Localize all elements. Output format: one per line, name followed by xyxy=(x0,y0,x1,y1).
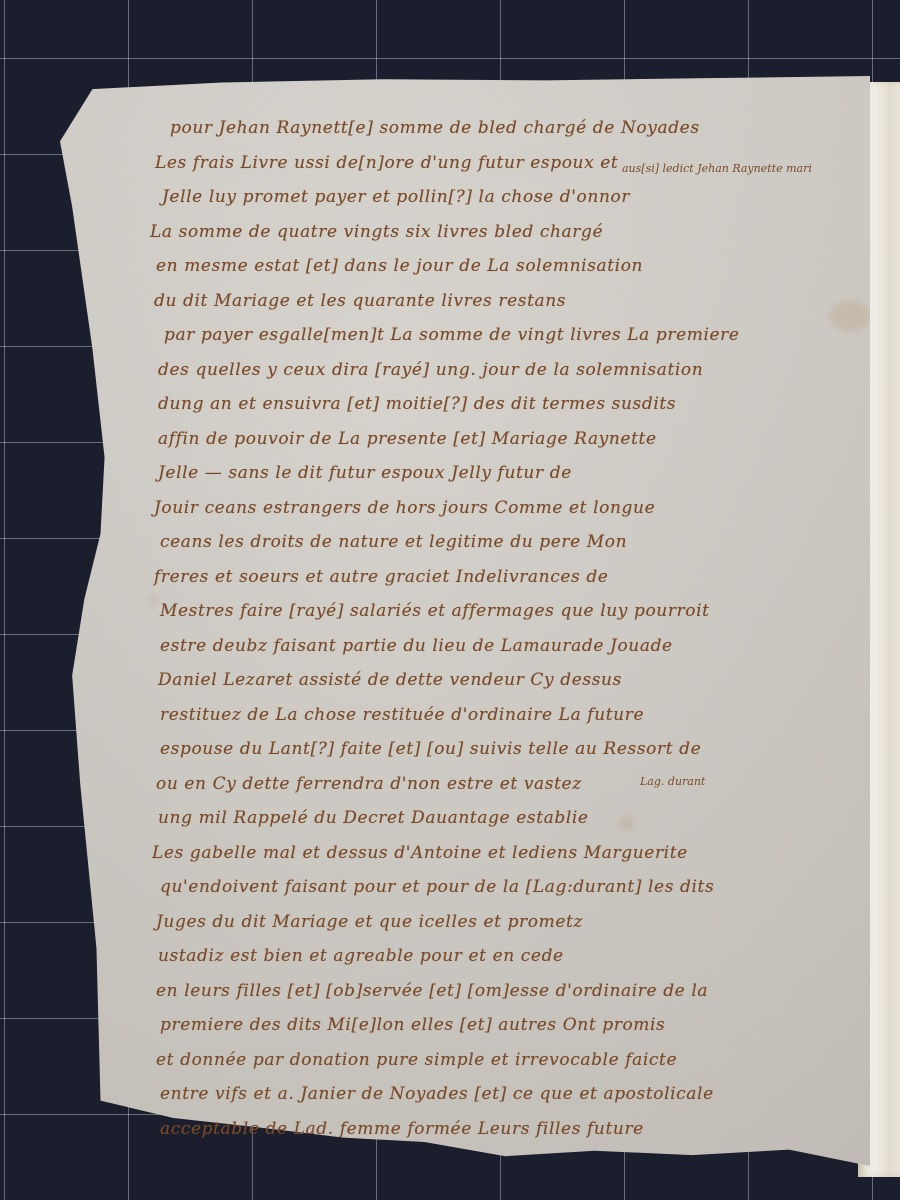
manuscript-line: Mestres faire [rayé] salariés et afferma… xyxy=(160,601,850,636)
manuscript-line: espouse du Lant[?] faite [et] [ou] suivi… xyxy=(160,739,850,774)
manuscript-line: premiere des dits Mi[e]lon elles [et] au… xyxy=(160,1015,850,1050)
manuscript-line: ung mil Rappelé du Decret Dauantage esta… xyxy=(158,808,850,843)
manuscript-line: du dit Mariage et les quarante livres re… xyxy=(154,291,850,326)
manuscript-line: en mesme estat [et] dans le jour de La s… xyxy=(156,256,850,291)
manuscript-line: par payer esgalle[men]t La somme de ving… xyxy=(164,325,850,360)
manuscript-line: entre vifs et a. Janier de Noyades [et] … xyxy=(160,1084,850,1119)
manuscript-line: des quelles y ceux dira [rayé] ung. jour… xyxy=(158,360,850,395)
manuscript-line: et donnée par donation pure simple et ir… xyxy=(156,1050,850,1085)
manuscript-line: ou en Cy dette ferrendra d'non estre et … xyxy=(156,774,850,809)
manuscript-line: restituez de La chose restituée d'ordina… xyxy=(160,705,850,740)
manuscript-line: Juges du dit Mariage et que icelles et p… xyxy=(156,912,850,947)
manuscript-line: affin de pouvoir de La presente [et] Mar… xyxy=(158,429,850,464)
manuscript-line: dung an et ensuivra [et] moitie[?] des d… xyxy=(158,394,850,429)
manuscript-line: en leurs filles [et] [ob]servée [et] [om… xyxy=(156,981,850,1016)
manuscript-line: Les gabelle mal et dessus d'Antoine et l… xyxy=(152,843,850,878)
manuscript-line: La somme de quatre vingts six livres ble… xyxy=(150,222,850,257)
manuscript-line: pour Jehan Raynett[e] somme de bled char… xyxy=(170,118,850,153)
manuscript-line: estre deubz faisant partie du lieu de La… xyxy=(160,636,850,671)
manuscript-line: acceptable de Lad. femme formée Leurs fi… xyxy=(160,1119,850,1154)
manuscript-line: ceans les droits de nature et legitime d… xyxy=(160,532,850,567)
manuscript-line: Jelle luy promet payer et pollin[?] la c… xyxy=(162,187,850,222)
manuscript-line: qu'endoivent faisant pour et pour de la … xyxy=(160,877,850,912)
manuscript-line: Daniel Lezaret assisté de dette vendeur … xyxy=(158,670,850,705)
manuscript-line: Jouir ceans estrangers de hors jours Com… xyxy=(154,498,850,533)
manuscript-text: pour Jehan Raynett[e] somme de bled char… xyxy=(170,118,850,1153)
manuscript-line: freres et soeurs et autre graciet Indeli… xyxy=(154,567,850,602)
manuscript-line: ustadiz est bien et agreable pour et en … xyxy=(158,946,850,981)
manuscript-line: Jelle — sans le dit futur espoux Jelly f… xyxy=(158,463,850,498)
manuscript-line: Les frais Livre ussi de[n]ore d'ung futu… xyxy=(155,153,850,188)
